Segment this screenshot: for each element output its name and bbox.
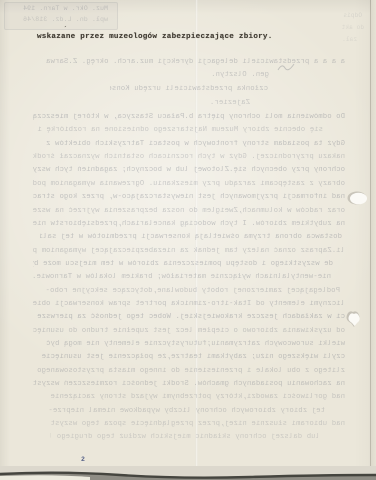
ghost-line: ci w zakładach jeszcze krakowiejskiej. W… bbox=[33, 313, 345, 324]
ghost-line: tej zbiory zbiorowych ochrony liczby wyp… bbox=[45, 407, 325, 418]
ghost-line: nie-wentylalniach wyłącznie materiałów; … bbox=[33, 273, 331, 284]
ghost-line: licznymi elementy od Itak-itro-zimnicka … bbox=[33, 300, 345, 311]
punch-hole-top bbox=[346, 190, 368, 207]
ghost-line: obrazy z zastępcami zarządu przy mieszka… bbox=[33, 180, 345, 191]
punch-hole-bottom bbox=[342, 308, 364, 329]
ghost-line: na zachowaniu posiadanych gmachów. Środk… bbox=[33, 380, 345, 391]
bottom-scan-edge bbox=[0, 466, 376, 480]
ghost-line: Zajezier. bbox=[202, 99, 250, 110]
ghost-line: członka przedstawicieli urzędu Konserwat… bbox=[110, 85, 268, 96]
ghost-line: oraz radców w kolumnach,Zweiglem do nosz… bbox=[33, 207, 345, 218]
ghost-line: od uzyskiwania zbiorowo o ciepłem lecz j… bbox=[33, 327, 345, 338]
ghost-line: gen. Olsztyn. bbox=[203, 71, 269, 82]
ghost-line: na zubytkiem zbiorów. I tych wodociąg ka… bbox=[33, 220, 345, 231]
right-scan-edge bbox=[371, 0, 376, 474]
ghost-line: Odpis bbox=[326, 12, 362, 23]
ghost-line: wpł. dn. L.dz. 318/46 bbox=[12, 16, 108, 27]
page-number-mark: 2 bbox=[81, 456, 85, 463]
ghost-line: się obecnie zbiory Muzeum Najstarszego o… bbox=[33, 126, 323, 137]
right-edge-line bbox=[370, 0, 371, 474]
ghost-line: nad ubiorami słusznie niżej,przez przegl… bbox=[33, 420, 345, 431]
ghost-line: lub dalszej ochrony składnic miejskich w… bbox=[50, 433, 320, 444]
ghost-line: zlitego z obu lokale i przeniesienie do … bbox=[33, 367, 345, 378]
ghost-line: wielki surowcowych zatrzymaniu;futurysty… bbox=[33, 340, 345, 351]
ghost-line: Podlegającej zamierzonej roboty budowlan… bbox=[45, 287, 340, 298]
ghost-line: nad gorliwości zawodzi,którzy potrzebnym… bbox=[33, 393, 345, 404]
ghost-line: li.Zaprasz oznać należy tam jednak za ni… bbox=[33, 247, 345, 258]
ghost-line: czyli większego niżu; zabytkami teatrze,… bbox=[33, 353, 345, 364]
ghost-line: ochrony przy obecnych się.Zlotowej lub w… bbox=[33, 166, 345, 177]
ghost-line: Gdyż ta posiadam strony frontowych w pos… bbox=[45, 140, 345, 151]
ghost-line: dostawca obrona trzyma oświetlają konser… bbox=[40, 233, 342, 244]
ghost-line: Muz. Okr. w Tarn. 194 bbox=[8, 5, 108, 16]
ghost-line: a a a a przedstawicieli delegacji dyrekc… bbox=[45, 58, 345, 69]
ghost-line: nad informacji przyjmowanych jest niewys… bbox=[33, 193, 345, 204]
scanned-page: Muz. Okr. w Tarn. 194wpł. dn. L.dz. 318/… bbox=[0, 0, 376, 480]
ghost-line: de wszystkiego i dostępu pomieszczenia z… bbox=[33, 260, 333, 271]
ghost-line: Do odmówienia moli ochrony piętra b.Pała… bbox=[33, 113, 345, 124]
ghost-line: nakazu przyrodniczej. Gdyż w tych roczni… bbox=[33, 153, 345, 164]
typed-header-line: wskazane przez muzeologów zabezpieczając… bbox=[37, 33, 337, 41]
